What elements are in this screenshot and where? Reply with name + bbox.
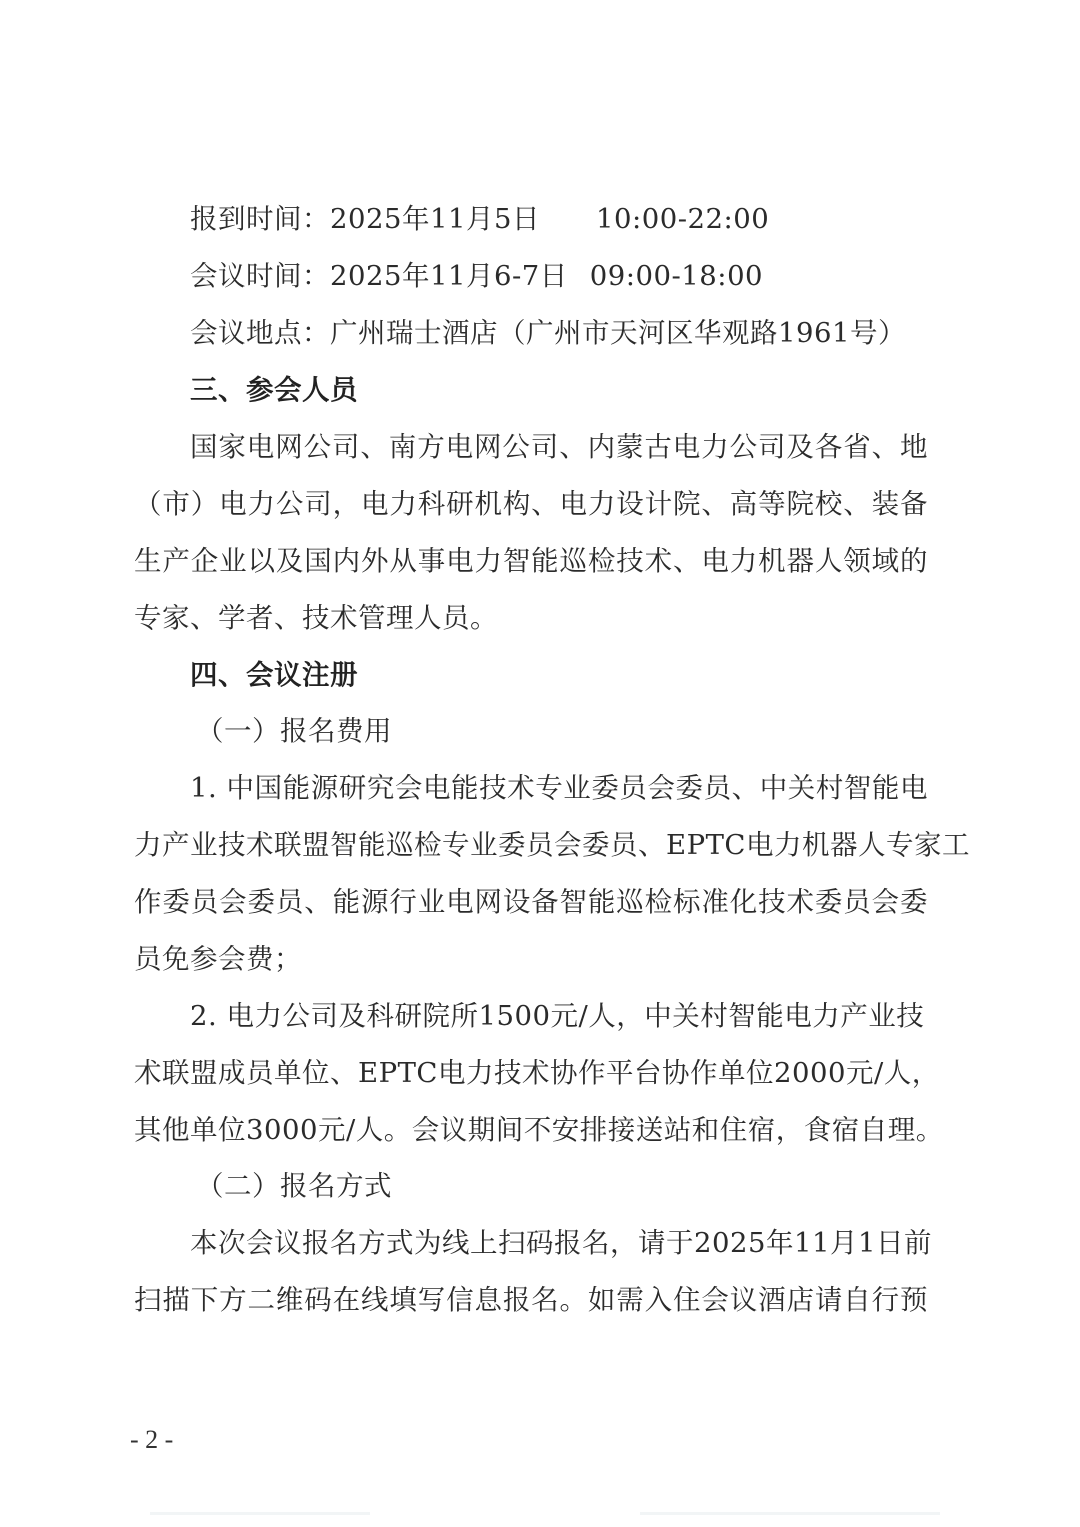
fees-item-2-line-3: 其他单位3000元/人。会议期间不安排接送站和住宿，食宿自理。 — [134, 1110, 928, 1150]
checkin-time: 10:00-22:00 — [596, 203, 769, 235]
venue-label: 会议地点： — [190, 317, 330, 349]
venue-value: 广州瑞士酒店（广州市天河区华观路1961号） — [330, 317, 906, 349]
section-3-line-2: （市）电力公司，电力科研机构、电力设计院、高等院校、装备 — [134, 484, 928, 524]
venue-line: 会议地点：广州瑞士酒店（广州市天河区华观路1961号） — [190, 313, 906, 353]
fees-item-1-line-4: 员免参会费； — [134, 939, 302, 979]
section-4-heading: 四、会议注册 — [190, 655, 358, 695]
section-3-line-4: 专家、学者、技术管理人员。 — [134, 598, 498, 638]
page-number: - 2 - — [130, 1422, 173, 1458]
checkin-label: 报到时间： — [190, 203, 330, 235]
fees-item-1-line-3: 作委员会委员、能源行业电网设备智能巡检标准化技术委员会委 — [134, 882, 928, 922]
meeting-time: 09:00-18:00 — [590, 260, 763, 292]
checkin-date: 2025年11月5日 — [330, 203, 540, 235]
section-3-line-1: 国家电网公司、南方电网公司、内蒙古电力公司及各省、地 — [190, 427, 928, 467]
fees-item-2-line-2: 术联盟成员单位、EPTC电力技术协作平台协作单位2000元/人， — [134, 1053, 928, 1093]
document-page: 报到时间：2025年11月5日10:00-22:00 会议时间：2025年11月… — [0, 0, 1080, 1527]
registration-method-line-2: 扫描下方二维码在线填写信息报名。如需入住会议酒店请自行预 — [134, 1280, 928, 1320]
scan-artifact — [150, 1512, 370, 1515]
fees-item-2-line-1: 2. 电力公司及科研院所1500元/人，中关村智能电力产业技 — [190, 996, 916, 1036]
fees-item-1-line-1: 1. 中国能源研究会电能技术专业委员会委员、中关村智能电 — [190, 768, 928, 808]
fees-subheading: （一）报名费用 — [196, 711, 392, 751]
checkin-time-line: 报到时间：2025年11月5日10:00-22:00 — [190, 199, 769, 239]
registration-method-line-1: 本次会议报名方式为线上扫码报名，请于2025年11月1日前 — [190, 1223, 928, 1263]
meeting-date: 2025年11月6-7日 — [330, 260, 568, 292]
registration-method-subheading: （二）报名方式 — [196, 1166, 392, 1206]
meeting-time-line: 会议时间：2025年11月6-7日09:00-18:00 — [190, 256, 763, 296]
fees-item-1-line-2: 力产业技术联盟智能巡检专业委员会委员、EPTC电力机器人专家工 — [134, 825, 928, 865]
section-3-line-3: 生产企业以及国内外从事电力智能巡检技术、电力机器人领域的 — [134, 541, 928, 581]
meeting-label: 会议时间： — [190, 260, 330, 292]
scan-artifact — [640, 1512, 940, 1515]
section-3-heading: 三、参会人员 — [190, 370, 358, 410]
